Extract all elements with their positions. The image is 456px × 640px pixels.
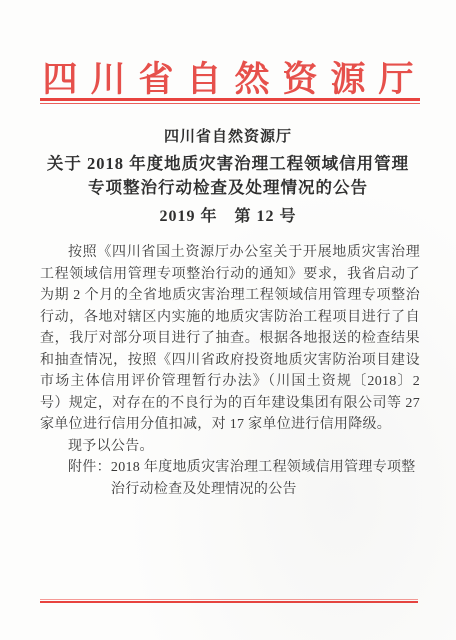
document-page: 四川省自然资源厅 四川省自然资源厅 关于 2018 年度地质灾害治理工程领域信用… — [0, 0, 456, 640]
header-rule-thick — [40, 98, 420, 101]
attachment-label: 附件： — [68, 457, 111, 500]
document-subject-line1: 关于 2018 年度地质灾害治理工程领域信用管理 — [28, 152, 428, 176]
title-block: 四川省自然资源厅 关于 2018 年度地质灾害治理工程领域信用管理 专项整治行动… — [28, 126, 428, 228]
footer-rule-thick — [40, 601, 418, 603]
footer-rule-thin — [40, 599, 418, 600]
document-issuer: 四川省自然资源厅 — [28, 126, 428, 148]
document-body: 按照《四川省国土资源厅办公室关于开展地质灾害治理工程领域信用管理专项整治行动的通… — [40, 242, 420, 500]
header-rule-thin — [40, 103, 420, 104]
footer-double-rule — [40, 599, 418, 603]
header-double-rule — [40, 98, 420, 104]
body-paragraph-main: 按照《四川省国土资源厅办公室关于开展地质灾害治理工程领域信用管理专项整治行动的通… — [40, 242, 420, 436]
document-subject-line2: 专项整治行动检查及处理情况的公告 — [28, 176, 428, 200]
agency-banner-title: 四川省自然资源厅 — [0, 52, 456, 102]
document-issue-number: 2019 年 第 12 号 — [28, 206, 428, 228]
attachment-title: 2018 年度地质灾害治理工程领域信用管理专项整治行动检查及处理情况的公告 — [111, 457, 420, 500]
attachment-line: 附件： 2018 年度地质灾害治理工程领域信用管理专项整治行动检查及处理情况的公… — [40, 457, 420, 500]
body-paragraph-announce: 现予以公告。 — [40, 436, 420, 458]
